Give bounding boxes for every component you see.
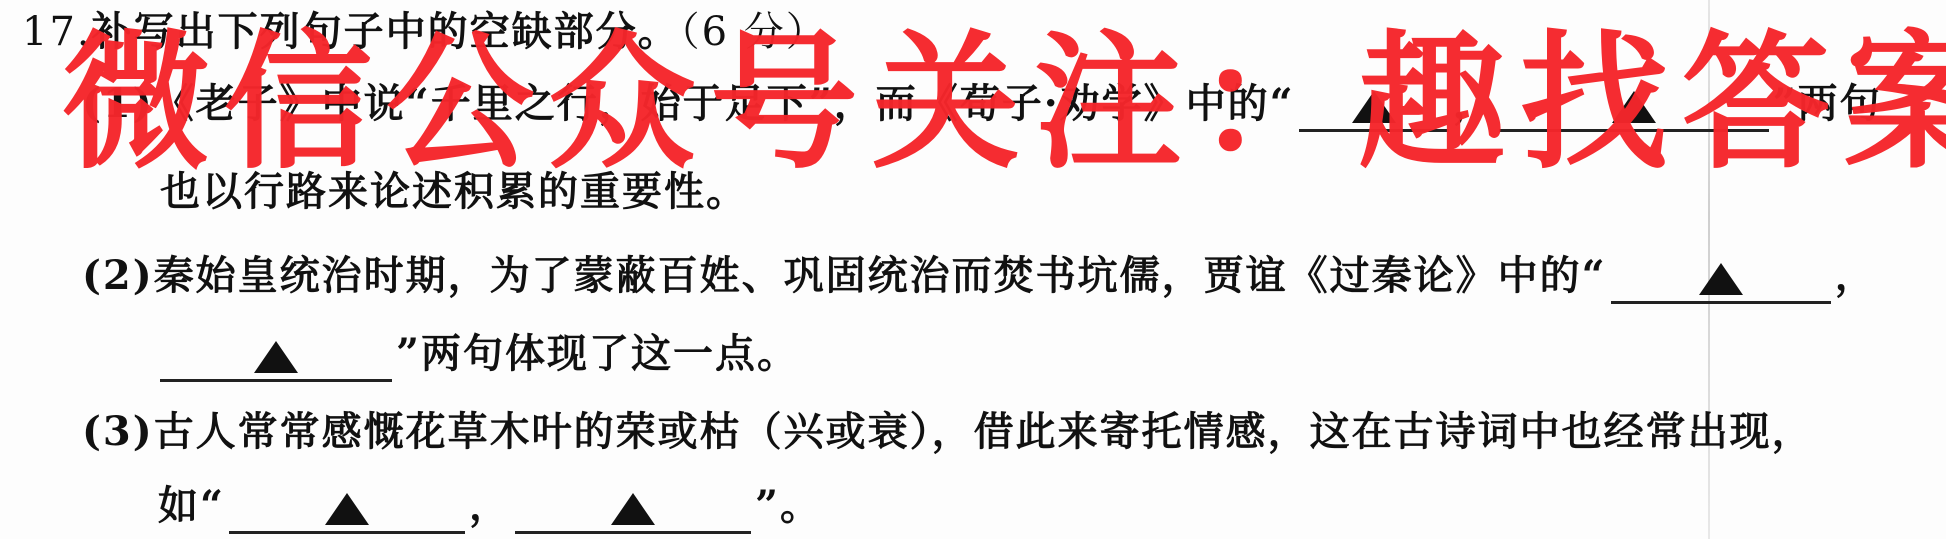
triangle-marker-icon (1612, 91, 1656, 123)
item-3-text: 古人常常感慨花草木叶的荣或枯（兴或衰），借此来寄托情感，这在古诗词中也经常出现， (154, 408, 1814, 455)
item-3-text-after: ”。 (755, 482, 822, 529)
triangle-marker-icon (1352, 91, 1396, 123)
item-3-label: (3) (82, 408, 154, 455)
item-3-prefix: 如“ (158, 482, 225, 529)
item-1-continuation-text: 也以行路来论述积累的重要性。 (160, 168, 748, 215)
item-3-separator: ， (469, 482, 511, 529)
question-title: 补写出下列句子中的空缺部分。 (92, 8, 680, 55)
item-2-separator: ， (1835, 252, 1877, 299)
triangle-marker-icon (325, 493, 369, 525)
item-1-separator: ， (1453, 80, 1495, 127)
item-2: (2)秦始皇统治时期，为了蒙蔽百姓、巩固统治而焚书坑儒，贾谊《过秦论》中的“， (82, 248, 1877, 304)
item-2-text-after: ”两句体现了这一点。 (396, 330, 799, 377)
item-1-blank-2[interactable] (1499, 81, 1769, 132)
item-2-blank-1[interactable] (1611, 253, 1831, 304)
item-1-label: (1) (82, 80, 154, 127)
item-2-text: 秦始皇统治时期，为了蒙蔽百姓、巩固统治而焚书坑儒，贾谊《过秦论》中的“ (154, 252, 1607, 299)
item-3-blank-1[interactable] (229, 483, 465, 534)
item-1-text: 《老子》中说“千里之行，始于足下”，而《荀子·劝学》中的“ (154, 80, 1295, 127)
item-1-text-after: ”两句 (1773, 80, 1882, 127)
item-2-blank-2[interactable] (160, 331, 392, 382)
exam-page: 17.补写出下列句子中的空缺部分。（6 分） (1)《老子》中说“千里之行，始于… (0, 0, 1946, 539)
triangle-marker-icon (1699, 263, 1743, 295)
item-1-continuation: 也以行路来论述积累的重要性。 (160, 164, 748, 220)
item-3-continuation: 如“，”。 (158, 478, 822, 534)
triangle-marker-icon (611, 493, 655, 525)
triangle-marker-icon (254, 341, 298, 373)
item-1: (1)《老子》中说“千里之行，始于足下”，而《荀子·劝学》中的“，”两句 (82, 76, 1882, 132)
item-2-continuation: ”两句体现了这一点。 (160, 326, 799, 382)
item-2-label: (2) (82, 252, 154, 299)
item-3-blank-2[interactable] (515, 483, 751, 534)
question-points: （6 分） (680, 9, 828, 55)
item-1-blank-1[interactable] (1299, 81, 1449, 132)
question-header: 17.补写出下列句子中的空缺部分。（6 分） (22, 4, 828, 60)
item-3: (3)古人常常感慨花草木叶的荣或枯（兴或衰），借此来寄托情感，这在古诗词中也经常… (82, 404, 1814, 460)
question-number: 17. (22, 9, 92, 55)
